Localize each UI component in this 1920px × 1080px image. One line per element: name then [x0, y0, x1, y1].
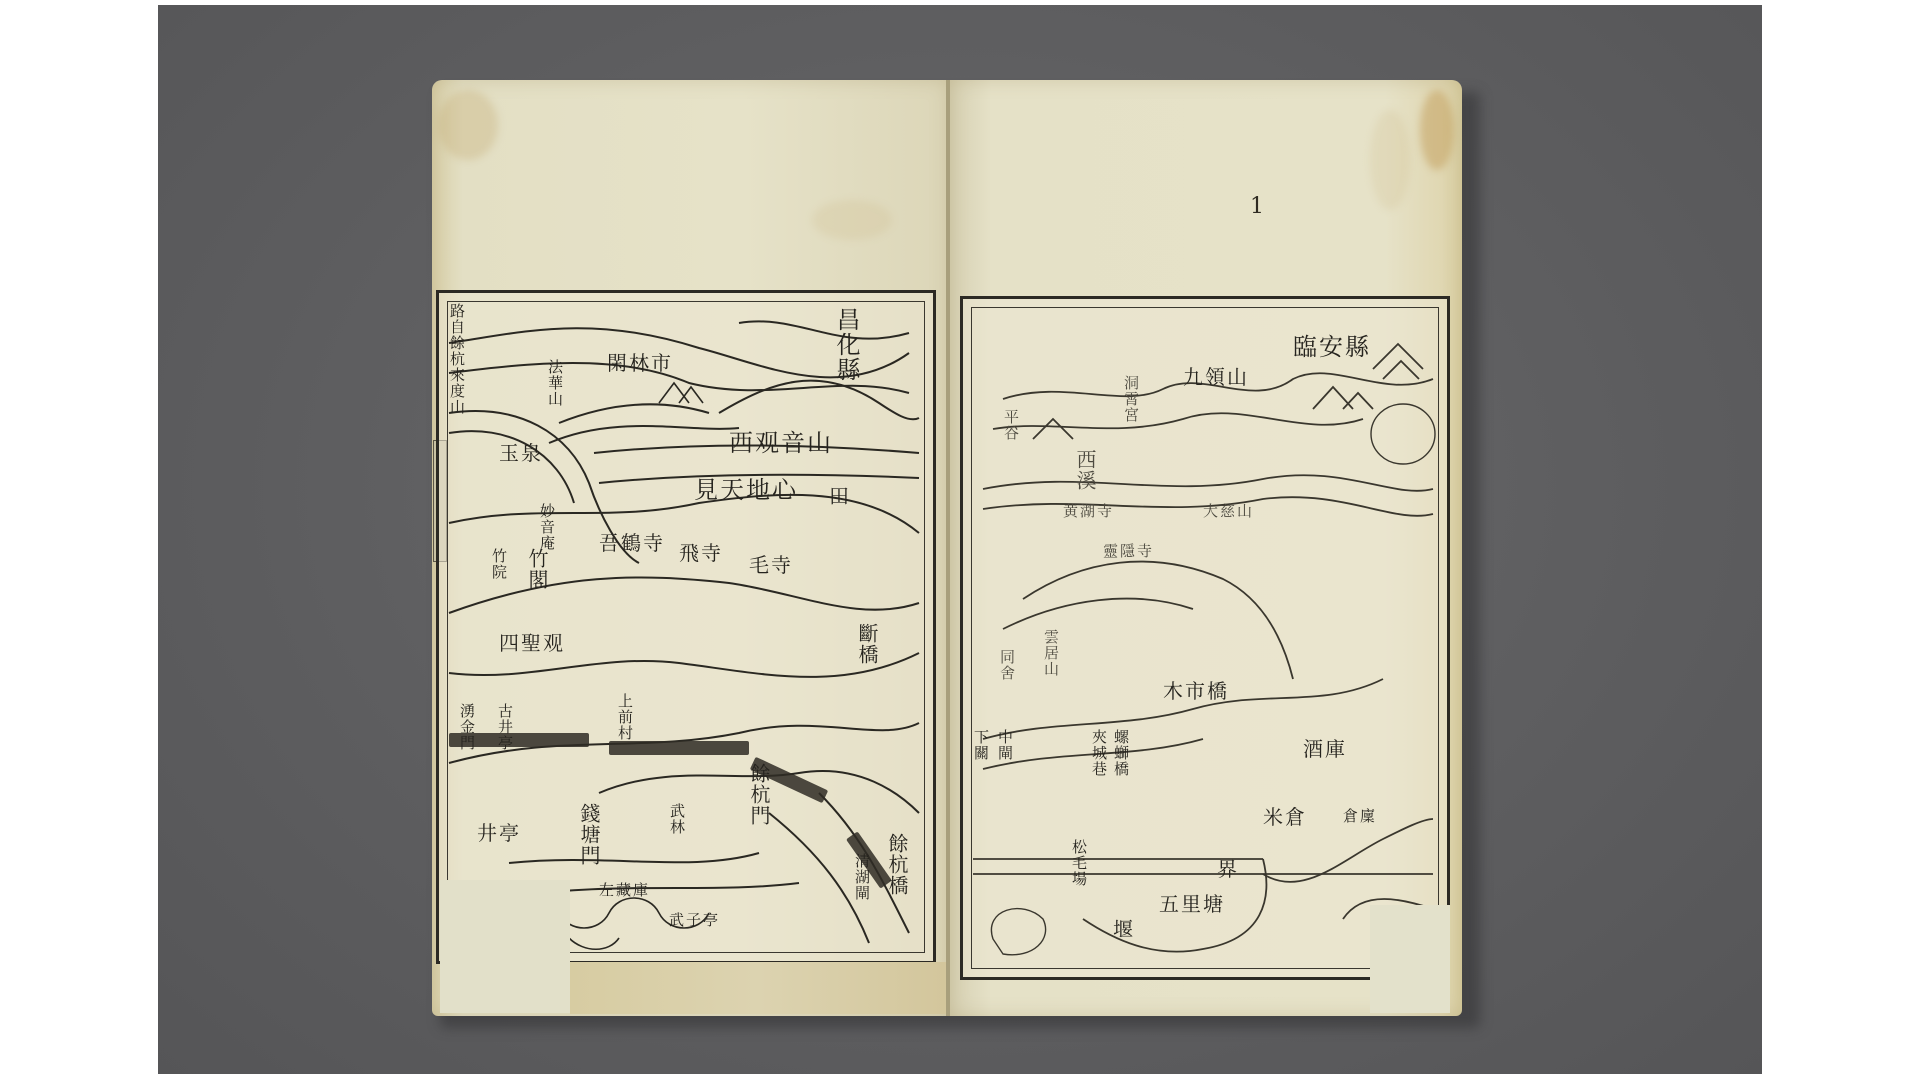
map-label-qiantang: 錢塘門 — [579, 803, 599, 866]
map-label-luosi: 螺螄橋 — [1113, 729, 1128, 777]
map-label-wuzi: 武子亭 — [669, 913, 720, 928]
map-label-wuhe: 吾鶴寺 — [599, 533, 665, 553]
map-label-xiaguan: 下關 — [973, 729, 988, 761]
map-label-xixi: 西溪 — [1075, 449, 1095, 491]
map-label-yuhangmen: 餘杭門 — [749, 763, 769, 826]
map-label-miaoyin: 妙音庵 — [539, 503, 554, 551]
map-label-duanqiao: 斷橋 — [857, 623, 877, 665]
map-label-micang: 米倉 — [1263, 807, 1307, 827]
map-label-jingting: 井亭 — [477, 823, 521, 843]
page-mark: 1 — [1250, 194, 1264, 219]
map-label-xianlin: 閑林市 — [607, 353, 673, 373]
paper-repair-patch — [1370, 905, 1450, 1013]
paper-stain — [812, 200, 892, 240]
map-label-sisheng: 四聖观 — [499, 633, 565, 653]
map-label-wuzang: 左藏庫 — [599, 883, 650, 898]
map-label-huanghu: 黄湖寺 — [1063, 504, 1114, 519]
map-label-dongxiao: 洞霄宮 — [1123, 375, 1138, 423]
map-label-yongjin: 湧金門 — [459, 703, 474, 751]
book-spine — [946, 80, 950, 1016]
right-map-frame: 臨安縣 九領山 西溪 洞霄宮 平谷 黄湖寺 大慈山 靈隱寺 木市橋 雲居山 同舍… — [960, 296, 1450, 980]
paper-repair-patch — [440, 880, 570, 1013]
map-label-fahua: 法華山 — [547, 359, 562, 407]
map-label-yuhangqiao: 餘杭橋 — [887, 833, 907, 896]
map-label-pinggu: 平谷 — [1003, 409, 1018, 441]
map-label-lingyin: 靈隱寺 — [1103, 544, 1154, 559]
paper-stain — [438, 90, 498, 160]
map-label-qinghu: 清湖閘 — [854, 853, 869, 901]
left-map-frame: 昌化縣 路自餘杭來度山 閑林市 法華山 西观音山 玉泉 見天地心 田 妙音庵 竹… — [436, 290, 936, 964]
map-label-fangcheng: 夾城巷 — [1091, 729, 1106, 777]
map-label-zhongguan: 中閘 — [997, 729, 1012, 761]
map-label-linan: 臨安縣 — [1293, 335, 1371, 359]
map-label-guhuai: 古井亭 — [497, 703, 512, 751]
map-label-songmao: 松毛場 — [1071, 839, 1086, 887]
paper-stain — [1370, 110, 1410, 210]
map-label-tongshu: 同舍 — [999, 649, 1014, 681]
paper-stain-strip — [570, 962, 946, 1014]
map-label-yunju: 雲居山 — [1043, 629, 1058, 677]
map-label-mushi: 木市橋 — [1163, 681, 1229, 701]
map-label-xiguanyin: 西观音山 — [729, 431, 833, 455]
map-label-jie: 界 — [1217, 859, 1239, 879]
map-label-mao: 毛寺 — [749, 555, 793, 575]
map-label-wulin: 武林 — [669, 803, 684, 835]
map-label-zhuyuan: 竹院 — [491, 548, 506, 580]
map-label-jiantiandi: 見天地心 — [694, 478, 798, 502]
map-label-jiuku: 酒庫 — [1303, 739, 1347, 759]
map-label-zhuge: 竹閣 — [527, 548, 547, 590]
map-label-jiuling: 九領山 — [1183, 367, 1249, 387]
map-label-shangqian: 上前村 — [617, 693, 632, 741]
map-label-fei: 飛寺 — [679, 543, 723, 563]
map-label-yuhang: 路自餘杭來度山 — [449, 303, 464, 363]
map-label-wuli: 五里塘 — [1159, 894, 1225, 914]
map-label-changhua: 昌化縣 — [834, 307, 858, 382]
map-label-daci: 大慈山 — [1203, 504, 1254, 519]
right-map-linework — [963, 299, 1447, 977]
map-label-yan: 堰 — [1113, 919, 1135, 939]
map-label-yuquan: 玉泉 — [499, 443, 543, 463]
map-label-qianku: 倉廩 — [1343, 809, 1377, 824]
paper-stain — [1420, 90, 1454, 170]
map-label-tian: 田 — [829, 486, 851, 506]
